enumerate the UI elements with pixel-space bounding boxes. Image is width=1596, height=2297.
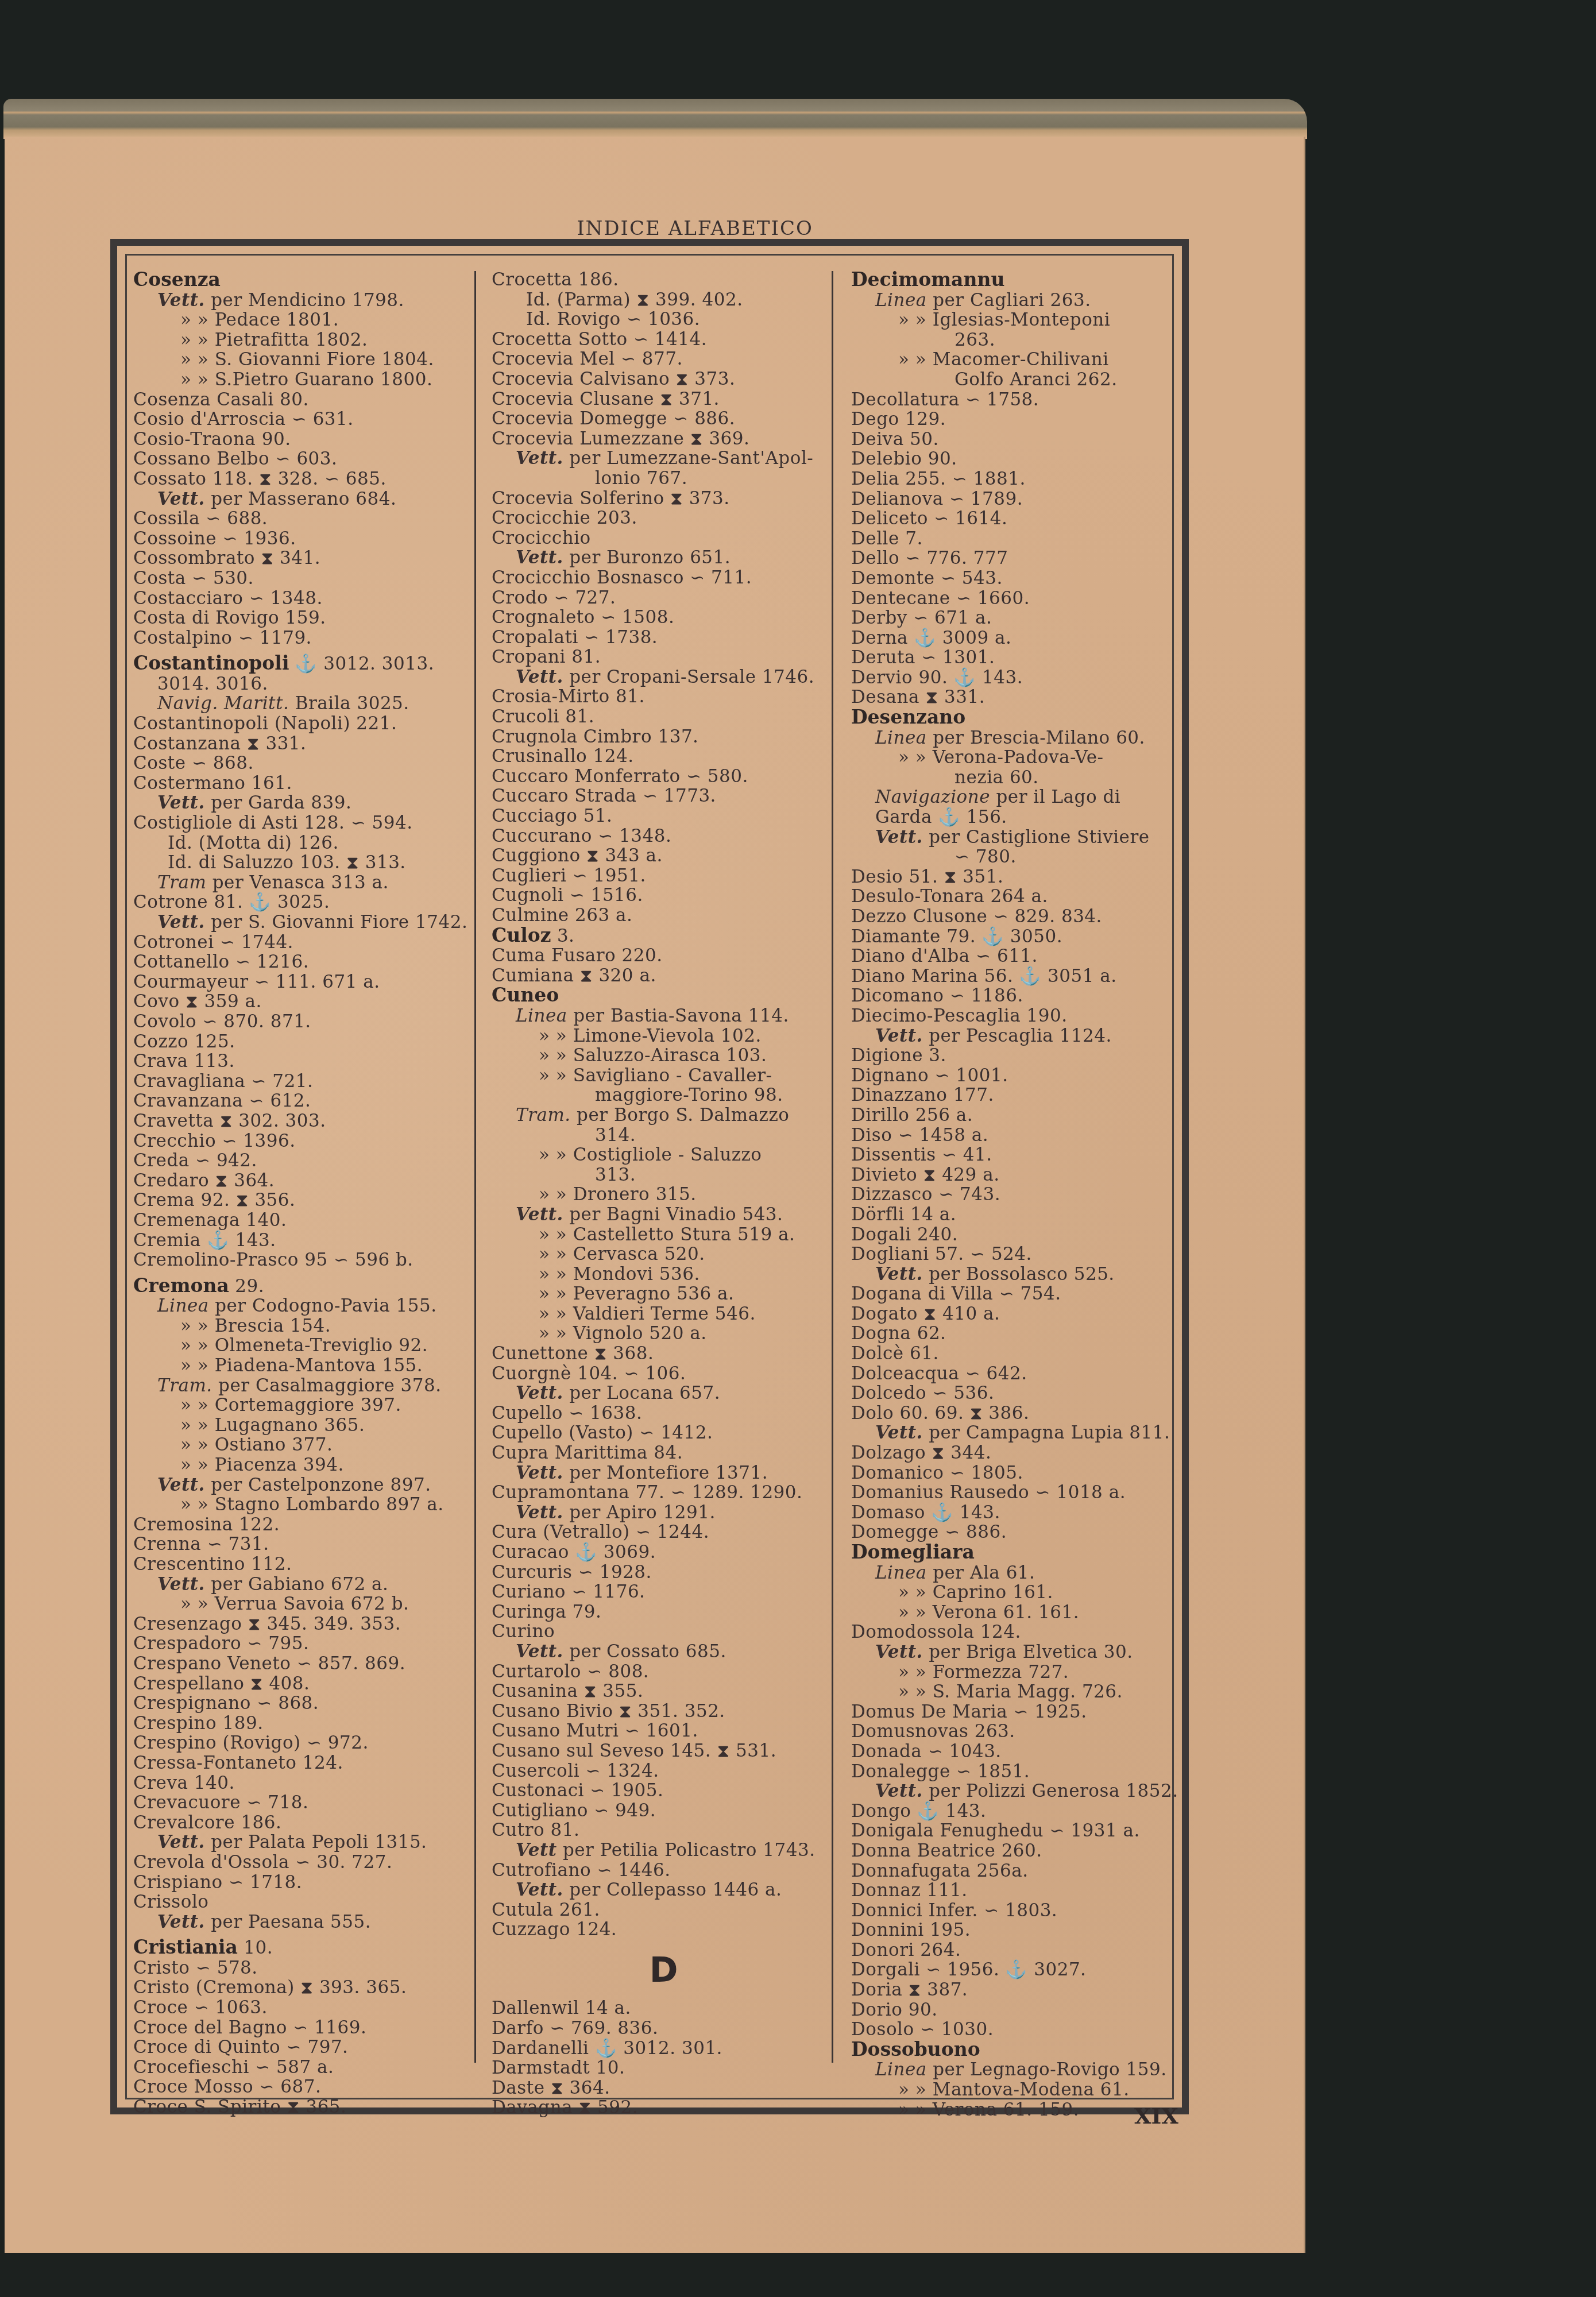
index-heading-entry: Culoz 3. — [492, 926, 836, 946]
index-subentry: 3014. 3016. — [133, 674, 478, 694]
subentry-text: per Palata Pepoli 1315. — [205, 1832, 427, 1853]
index-entry: Crespano Veneto ∽ 857. 869. — [133, 1654, 478, 1674]
index-entry: Donori 264. — [851, 1940, 1173, 1960]
index-subentry: » » Iglesias-Monteponi — [851, 310, 1173, 330]
index-entry: Domodossola 124. — [851, 1622, 1173, 1642]
index-entry: Cravetta ⧗ 302. 303. — [133, 1111, 478, 1131]
index-entry: Cremia ⚓ 143. — [133, 1231, 478, 1251]
index-entry: Curino — [492, 1622, 836, 1642]
index-subentry: Vett. per Montefiore 1371. — [492, 1463, 836, 1483]
index-subentry: » » Pietrafitta 1802. — [133, 330, 478, 350]
index-entry: Derna ⚓ 3009 a. — [851, 628, 1173, 648]
index-entry: Domusnovas 263. — [851, 1722, 1173, 1742]
index-subentry: Navig. Maritt. Braila 3025. — [133, 694, 478, 714]
index-entry: Dörfli 14 a. — [851, 1205, 1173, 1225]
index-subentry: Id. (Parma) ⧗ 399. 402. — [492, 290, 836, 310]
index-subentry: Tram per Venasca 313 a. — [133, 873, 478, 893]
index-subentry: » » S. Giovanni Fiore 1804. — [133, 350, 478, 370]
index-subentry: » » Lugagnano 365. — [133, 1416, 478, 1436]
index-subentry: Vett. per Garda 839. — [133, 793, 478, 813]
index-entry: Crocicchio Bosnasco ∽ 711. — [492, 568, 836, 588]
service-type-label: Linea — [875, 728, 927, 748]
index-subentry: Vett. per Bagni Vinadio 543. — [492, 1205, 836, 1225]
index-subentry: » » Brescia 154. — [133, 1316, 478, 1336]
index-entry: Daste ⧗ 364. — [492, 2078, 836, 2098]
index-entry: Cristo ∽ 578. — [133, 1958, 478, 1978]
index-entry: Cressa-Fontaneto 124. — [133, 1753, 478, 1773]
index-entry: Crocicchio — [492, 528, 836, 548]
index-subentry: » » Vignolo 520 a. — [492, 1324, 836, 1344]
subentry-text: per Cropani-Sersale 1746. — [563, 667, 814, 687]
index-entry: Dolo 60. 69. ⧗ 386. — [851, 1403, 1173, 1424]
index-subentry: Vett. per Castelponzone 897. — [133, 1475, 478, 1495]
index-entry: Crocefieschi ∽ 587 a. — [133, 2058, 478, 2078]
subentry-text: per Apiro 1291. — [563, 1502, 716, 1523]
index-entry: Cropani 81. — [492, 647, 836, 667]
index-entry: Diecimo-Pescaglia 190. — [851, 1006, 1173, 1026]
index-subentry: Vett. per Mendicino 1798. — [133, 291, 478, 311]
index-entry: Cuggiono ⧗ 343 a. — [492, 846, 836, 866]
index-entry: Donnici Infer. ∽ 1803. — [851, 1901, 1173, 1921]
index-entry: Dizzasco ∽ 743. — [851, 1185, 1173, 1205]
index-subentry: » » Verona 61. 161. — [851, 1603, 1173, 1623]
index-subentry: » » Costigliole - Saluzzo — [492, 1145, 836, 1165]
index-entry: Crocevia Solferino ⧗ 373. — [492, 489, 836, 509]
index-entry: Cupello (Vasto) ∽ 1412. — [492, 1423, 836, 1443]
heading-place-name: Decimomannu — [851, 268, 1004, 291]
index-entry: Delle 7. — [851, 529, 1173, 549]
service-type-label: Navig. Maritt. — [157, 693, 289, 714]
service-type-label: Vett. — [875, 1642, 923, 1662]
index-entry: Costermano 161. — [133, 774, 478, 794]
index-entry: Dorio 90. — [851, 2000, 1173, 2020]
index-entry: Curiano ∽ 1176. — [492, 1582, 836, 1602]
index-entry: Crugnola Cimbro 137. — [492, 727, 836, 747]
index-subentry: Navigazione per il Lago di — [851, 787, 1173, 807]
index-entry: Cupra Marittima 84. — [492, 1443, 836, 1463]
index-subentry: » » Formezza 727. — [851, 1662, 1173, 1683]
index-entry: Dogliani 57. ∽ 524. — [851, 1244, 1173, 1264]
index-subentry: Vett. per S. Giovanni Fiore 1742. — [133, 912, 478, 933]
heading-refs: 10. — [238, 1938, 273, 1958]
index-subentry: Linea per Legnago-Rovigo 159. — [851, 2060, 1173, 2080]
index-entry: Donigala Fenughedu ∽ 1931 a. — [851, 1821, 1173, 1841]
index-subentry: Vett. per Pescaglia 1124. — [851, 1026, 1173, 1046]
subentry-text: per Legnago-Rovigo 159. — [927, 2059, 1167, 2080]
index-entry: Cottanello ∽ 1216. — [133, 952, 478, 972]
index-entry: Donnini 195. — [851, 1920, 1173, 1940]
subentry-text: per il Lago di — [990, 787, 1120, 807]
index-entry: Dicomano ∽ 1186. — [851, 986, 1173, 1006]
index-subentry: Tram. per Borgo S. Dalmazzo — [492, 1105, 836, 1126]
index-entry: Cuorgnè 104. ∽ 106. — [492, 1364, 836, 1384]
index-entry: Dardanelli ⚓ 3012. 301. — [492, 2039, 836, 2059]
index-subentry: ∽ 780. — [851, 847, 1173, 867]
index-entry: Darmstadt 10. — [492, 2058, 836, 2078]
index-entry: Cusano Mutri ∽ 1601. — [492, 1721, 836, 1741]
index-entry: Croce di Quinto ∽ 797. — [133, 2037, 478, 2058]
index-subentry: » » Piadena-Mantova 155. — [133, 1356, 478, 1376]
subentry-text: per Bastia-Savona 114. — [567, 1006, 789, 1026]
service-type-label: Vett. — [157, 912, 205, 933]
heading-place-name: Cremona — [133, 1274, 229, 1297]
index-entry: Cravagliana ∽ 721. — [133, 1072, 478, 1092]
service-type-label: Vett. — [157, 1832, 205, 1853]
index-entry: Cupello ∽ 1638. — [492, 1403, 836, 1424]
service-type-label: Navigazione — [875, 787, 990, 807]
index-entry: Crescentino 112. — [133, 1554, 478, 1575]
index-entry: Crocevia Mel ∽ 877. — [492, 349, 836, 369]
index-entry: Cossano Belbo ∽ 603. — [133, 449, 478, 469]
subentry-text: per Montefiore 1371. — [563, 1463, 768, 1483]
index-subentry: Linea per Brescia-Milano 60. — [851, 728, 1173, 748]
index-heading-entry: Cristiania 10. — [133, 1938, 478, 1958]
index-entry: Dezzo Clusone ∽ 829. 834. — [851, 907, 1173, 927]
index-entry: Cresenzago ⧗ 345. 349. 353. — [133, 1614, 478, 1634]
index-entry: Cusano sul Seveso 145. ⧗ 531. — [492, 1741, 836, 1761]
index-entry: Croce del Bagno ∽ 1169. — [133, 2018, 478, 2038]
subentry-text: per Mendicino 1798. — [205, 290, 404, 311]
index-entry: Domanico ∽ 1805. — [851, 1463, 1173, 1483]
index-entry: Cossato 118. ⧗ 328. ∽ 685. — [133, 469, 478, 489]
index-entry: Dongo ⚓ 143. — [851, 1801, 1173, 1822]
index-subentry: Linea per Bastia-Savona 114. — [492, 1006, 836, 1026]
index-entry: Dorgali ∽ 1956. ⚓ 3027. — [851, 1960, 1173, 1980]
index-entry: Curacao ⚓ 3069. — [492, 1542, 836, 1563]
index-entry: Dervio 90. ⚓ 143. — [851, 668, 1173, 688]
heading-place-name: Costantinopoli — [133, 652, 289, 674]
index-entry: Costa di Rovigo 159. — [133, 608, 478, 628]
index-subentry: 313. — [492, 1165, 836, 1185]
index-entry: Cuccaro Strada ∽ 1773. — [492, 786, 836, 806]
index-subentry: » » Valdieri Terme 546. — [492, 1304, 836, 1324]
index-subentry: Vett per Petilia Policastro 1743. — [492, 1840, 836, 1861]
page-number: XIX — [1134, 2103, 1178, 2129]
subentry-text: per Codogno-Pavia 155. — [209, 1296, 437, 1316]
service-type-label: Vett. — [875, 1026, 923, 1046]
index-subentry: » » Macomer-Chilivani — [851, 350, 1173, 370]
service-type-label: Vett. — [157, 792, 205, 813]
index-subentry: » » S.Pietro Guarano 1800. — [133, 370, 478, 390]
index-entry: Dentecane ∽ 1660. — [851, 589, 1173, 609]
index-entry: Crocevia Calvisano ⧗ 373. — [492, 369, 836, 389]
index-entry: Costalpino ∽ 1179. — [133, 628, 478, 648]
index-entry: Davagna ⧗ 592. — [492, 2098, 836, 2118]
index-entry: Dolcedo ∽ 536. — [851, 1383, 1173, 1403]
index-entry: Desana ⧗ 331. — [851, 687, 1173, 707]
index-entry: Diamante 79. ⚓ 3050. — [851, 927, 1173, 947]
index-entry: Donnafugata 256a. — [851, 1861, 1173, 1881]
index-entry: Dinazzano 177. — [851, 1085, 1173, 1105]
index-entry: Crespignano ∽ 868. — [133, 1693, 478, 1714]
index-heading-entry: Dossobuono — [851, 2040, 1173, 2060]
index-entry: Demonte ∽ 543. — [851, 569, 1173, 589]
index-subentry: Garda ⚓ 156. — [851, 807, 1173, 827]
index-subentry: Vett. per Locana 657. — [492, 1383, 836, 1403]
index-entry: Crodo ∽ 727. — [492, 588, 836, 608]
index-entry: Covo ⧗ 359 a. — [133, 992, 478, 1012]
index-entry: Decollatura ∽ 1758. — [851, 390, 1173, 410]
index-subentry: » » Castelletto Stura 519 a. — [492, 1225, 836, 1245]
index-entry: Cosio d'Arroscia ∽ 631. — [133, 409, 478, 430]
index-entry: Costacciaro ∽ 1348. — [133, 589, 478, 609]
index-entry: Crava 113. — [133, 1051, 478, 1072]
service-type-label: Vett. — [516, 1383, 563, 1403]
index-entry: Desulo-Tonara 264 a. — [851, 887, 1173, 907]
index-heading-entry: Cremona 29. — [133, 1276, 478, 1297]
service-type-label: Vett. — [516, 448, 563, 469]
service-type-label: Vett. — [875, 1264, 923, 1285]
index-entry: Cosio-Traona 90. — [133, 430, 478, 450]
heading-place-name: Domegliara — [851, 1541, 975, 1563]
service-type-label: Linea — [875, 1563, 927, 1583]
index-column-1: CosenzaVett. per Mendicino 1798.» » Peda… — [133, 270, 478, 2117]
index-subentry: » » Limone-Vievola 102. — [492, 1026, 836, 1046]
service-type-label: Vett. — [516, 1641, 563, 1662]
index-entry: Crocevia Lumezzane ⧗ 369. — [492, 429, 836, 449]
index-subentry: » » Saluzzo-Airasca 103. — [492, 1046, 836, 1066]
index-entry: Crenna ∽ 731. — [133, 1534, 478, 1554]
index-subentry: » » Peveragno 536 a. — [492, 1284, 836, 1304]
index-entry: Cremosina 122. — [133, 1515, 478, 1535]
service-type-label: Vett. — [875, 1422, 923, 1443]
index-entry: Costigliole di Asti 128. ∽ 594. — [133, 813, 478, 833]
index-entry: Culmine 263 a. — [492, 906, 836, 926]
index-entry: Cristo (Cremona) ⧗ 393. 365. — [133, 1978, 478, 1998]
index-entry: Dogna 62. — [851, 1324, 1173, 1344]
index-entry: Dosolo ∽ 1030. — [851, 2020, 1173, 2040]
index-entry: Digione 3. — [851, 1046, 1173, 1066]
service-type-label: Linea — [157, 1296, 209, 1316]
subentry-text: per Bagni Vinadio 543. — [563, 1204, 783, 1225]
index-entry: Deliceto ∽ 1614. — [851, 509, 1173, 529]
index-subentry: Vett. per Gabiano 672 a. — [133, 1575, 478, 1595]
index-entry: Domegge ∽ 886. — [851, 1522, 1173, 1542]
subentry-text: per Pescaglia 1124. — [923, 1026, 1112, 1046]
index-subentry: Vett. per Bossolasco 525. — [851, 1264, 1173, 1285]
index-entry: Crevalcore 186. — [133, 1813, 478, 1833]
index-subentry: Vett. per Palata Pepoli 1315. — [133, 1832, 478, 1853]
index-entry: Cuccurano ∽ 1348. — [492, 826, 836, 846]
index-entry: Cura (Vetrallo) ∽ 1244. — [492, 1522, 836, 1542]
index-subentry: Vett. per Cossato 685. — [492, 1642, 836, 1662]
index-entry: Curtarolo ∽ 808. — [492, 1662, 836, 1682]
index-entry: Dignano ∽ 1001. — [851, 1066, 1173, 1086]
index-entry: Costantinopoli (Napoli) 221. — [133, 714, 478, 734]
subentry-text: per Lumezzane-Sant'Apol- — [563, 448, 813, 469]
subentry-text: per Masserano 684. — [205, 489, 396, 509]
subentry-text: per Borgo S. Dalmazzo — [571, 1105, 790, 1126]
subentry-text: per S. Giovanni Fiore 1742. — [205, 912, 467, 933]
index-entry: Deiva 50. — [851, 430, 1173, 450]
index-entry: Cutrofiano ∽ 1446. — [492, 1861, 836, 1881]
service-type-label: Vett. — [516, 1502, 563, 1523]
service-type-label: Vett. — [516, 547, 563, 568]
subentry-text: Braila 3025. — [289, 693, 409, 714]
index-subentry: » » Savigliano - Caval​ler- — [492, 1066, 836, 1086]
index-subentry: Id. di Saluzzo 103. ⧗ 313. — [133, 853, 478, 873]
index-entry: Crocetta Sotto ∽ 1414. — [492, 330, 836, 350]
index-entry: Dogali 240. — [851, 1225, 1173, 1245]
index-entry: Divieto ⧗ 429 a. — [851, 1165, 1173, 1185]
index-entry: Cuccaro Monferrato ∽ 580. — [492, 767, 836, 787]
index-entry: Donna Beatrice 260. — [851, 1841, 1173, 1861]
heading-refs: ⚓ 3012. 3013. — [289, 653, 434, 674]
heading-refs: 3. — [551, 926, 575, 946]
index-subentry: » » Ostiano 377. — [133, 1435, 478, 1455]
subentry-text: per Bossolasco 525. — [923, 1264, 1115, 1285]
subentry-text: per Collepasso 1446 a. — [563, 1880, 782, 1900]
index-subentry: » » Verrua Savoia 672 b. — [133, 1594, 478, 1614]
service-type-label: Linea — [875, 290, 927, 311]
index-entry: Crispiano ∽ 1718. — [133, 1873, 478, 1893]
index-entry: Domaso ⚓ 143. — [851, 1503, 1173, 1523]
index-entry: Crevacuore ∽ 718. — [133, 1793, 478, 1813]
subentry-text: per Paesana 555. — [205, 1912, 371, 1932]
index-entry: Donalegge ∽ 1851. — [851, 1762, 1173, 1782]
index-subentry: Id. Rovigo ∽ 1036. — [492, 310, 836, 330]
index-subentry: » » Caprino 161. — [851, 1583, 1173, 1603]
index-subentry: » » Cervasca 520. — [492, 1244, 836, 1264]
index-subentry: Linea per Cagliari 263. — [851, 291, 1173, 311]
index-entry: Costanzana ⧗ 331. — [133, 734, 478, 754]
index-entry: Cusanina ⧗ 355. — [492, 1681, 836, 1702]
index-subentry: » » Verona-Padova-Ve- — [851, 748, 1173, 768]
index-entry: Cremenaga 140. — [133, 1211, 478, 1231]
subentry-text: per Briga Elvetica 30. — [923, 1642, 1133, 1662]
heading-place-name: Cristiania — [133, 1936, 238, 1958]
index-entry: Crevola d'Ossola ∽ 30. 727. — [133, 1853, 478, 1873]
index-entry: Crespadoro ∽ 795. — [133, 1634, 478, 1654]
index-entry: Cosenza Casali 80. — [133, 390, 478, 410]
index-entry: Crusinallo 124. — [492, 747, 836, 767]
index-entry: Costa ∽ 530. — [133, 569, 478, 589]
index-entry: Cossoine ∽ 1936. — [133, 529, 478, 549]
subentry-text: per Ala 61. — [927, 1563, 1035, 1583]
index-column-3: DecimomannuLinea per Cagliari 263.» » Ig… — [851, 270, 1173, 2120]
index-entry: Darfo ∽ 769. 836. — [492, 2018, 836, 2039]
index-entry: Crocicchie 203. — [492, 508, 836, 528]
service-type-label: Tram. — [516, 1105, 571, 1126]
index-subentry: Vett. per Apiro 1291. — [492, 1503, 836, 1523]
index-entry: Crespellano ⧗ 408. — [133, 1674, 478, 1694]
index-entry: Cropalati ∽ 1738. — [492, 628, 836, 648]
index-entry: Crespino 189. — [133, 1714, 478, 1734]
index-entry: Croce Mosso ∽ 687. — [133, 2077, 478, 2097]
subentry-text: per Gabiano 672 a. — [205, 1574, 389, 1595]
index-subentry: Vett. per Campagna Lupia 811. — [851, 1423, 1173, 1443]
index-subentry: Golfo Aranci 262. — [851, 370, 1173, 390]
index-entry: Dirillo 256 a. — [851, 1105, 1173, 1126]
service-type-label: Vett. — [157, 290, 205, 311]
index-entry: Cupramontana 77. ∽ 1289. 1290. — [492, 1483, 836, 1503]
subentry-text: per Cagliari 263. — [927, 290, 1091, 311]
service-type-label: Vett. — [157, 1475, 205, 1495]
index-heading-entry: Costantinopoli ⚓ 3012. 3013. — [133, 653, 478, 674]
index-subentry: » » S. Maria Magg. 726. — [851, 1682, 1173, 1702]
index-entry: Dego 129. — [851, 409, 1173, 430]
running-head: INDICE ALFABETICO — [540, 217, 850, 240]
index-entry: Delianova ∽ 1789. — [851, 489, 1173, 509]
index-entry: Desio 51. ⧗ 351. — [851, 867, 1173, 887]
index-entry: Croce ∽ 1063. — [133, 1998, 478, 2018]
index-entry: Crecchio ∽ 1396. — [133, 1131, 478, 1151]
index-entry: Diso ∽ 1458 a. — [851, 1126, 1173, 1146]
heading-place-name: Cosenza — [133, 268, 221, 291]
index-entry: Curcuris ∽ 1928. — [492, 1563, 836, 1583]
subentry-text: per Venasca 313 a. — [206, 872, 389, 893]
index-entry: Dolceacqua ∽ 642. — [851, 1364, 1173, 1384]
index-entry: Cusercoli ∽ 1324. — [492, 1761, 836, 1781]
index-entry: Crocevia Clusane ⧗ 371. — [492, 389, 836, 409]
subentry-text: per Garda 839. — [205, 792, 352, 813]
service-type-label: Linea — [875, 2059, 927, 2080]
index-subentry: » » Mantova-Modena 61. — [851, 2080, 1173, 2100]
index-entry: Cossombrato ⧗ 341. — [133, 548, 478, 569]
index-subentry: Vett. per Briga Elvetica 30. — [851, 1642, 1173, 1662]
index-entry: Covolo ∽ 870. 871. — [133, 1012, 478, 1032]
index-entry: Cugnoli ∽ 1516. — [492, 885, 836, 906]
index-subentry: 263. — [851, 330, 1173, 350]
index-entry: Dolcè 61. — [851, 1344, 1173, 1364]
index-subentry: Vett. per Cropani-Sersale 1746. — [492, 667, 836, 687]
index-column-2: Crocetta 186.Id. (Parma) ⧗ 399. 402.Id. … — [492, 270, 836, 2118]
index-entry: Credaro ⧗ 364. — [133, 1171, 478, 1191]
index-subentry: Vett. per Paesana 555. — [133, 1912, 478, 1932]
index-subentry: Vett. per Polizzi Generosa 1852. — [851, 1781, 1173, 1801]
index-entry: Delia 255. ∽ 1881. — [851, 469, 1173, 489]
index-entry: Cuglieri ∽ 1951. — [492, 866, 836, 886]
index-entry: Courmayeur ∽ 111. 671 a. — [133, 972, 478, 992]
index-subentry: Vett. per Buronzo 651. — [492, 548, 836, 568]
index-entry: Domus De Maria ∽ 1925. — [851, 1702, 1173, 1722]
index-subentry: » » Verona 61. 159. — [851, 2100, 1173, 2120]
index-entry: Donnaz 111. — [851, 1881, 1173, 1901]
index-entry: Crocevia Domegge ∽ 886. — [492, 409, 836, 429]
service-type-label: Tram — [157, 872, 206, 893]
index-entry: Croce S. Spirito ⧗ 365. — [133, 2097, 478, 2117]
service-type-label: Vett. — [516, 1204, 563, 1225]
index-entry: Cutigliano ∽ 949. — [492, 1801, 836, 1821]
index-entry: Deruta ∽ 1301. — [851, 648, 1173, 668]
service-type-label: Vett. — [875, 1781, 923, 1801]
heading-place-name: Culoz — [492, 924, 551, 946]
index-entry: Dogato ⧗ 410 a. — [851, 1304, 1173, 1324]
index-entry: Crucoli 81. — [492, 707, 836, 727]
index-entry: Cotrone 81. ⚓ 3025. — [133, 892, 478, 912]
heading-place-name: Cuneo — [492, 984, 559, 1006]
index-subentry: » » Dronero 315. — [492, 1185, 836, 1205]
subentry-text: per Castiglione Stiviere — [923, 827, 1150, 848]
index-entry: Cuma Fusaro 220. — [492, 946, 836, 966]
section-letter: D — [492, 1960, 836, 1981]
subentry-text: per Castelponzone 897. — [205, 1475, 431, 1495]
index-subentry: Vett. per Castiglione Stiviere — [851, 827, 1173, 848]
index-entry: Dissentis ∽ 41. — [851, 1145, 1173, 1165]
index-entry: Crema 92. ⧗ 356. — [133, 1190, 478, 1211]
heading-place-name: Dossobuono — [851, 2038, 980, 2060]
index-subentry: 314. — [492, 1126, 836, 1146]
index-subentry: Linea per Ala 61. — [851, 1563, 1173, 1583]
index-entry: Diano d'Alba ∽ 611. — [851, 946, 1173, 966]
subentry-text: per Campagna Lupia 811. — [923, 1422, 1170, 1443]
index-subentry: Vett. per Masserano 684. — [133, 489, 478, 509]
index-entry: Cozzo 125. — [133, 1032, 478, 1052]
subentry-text: per Brescia-Milano 60. — [927, 728, 1145, 748]
index-subentry: » » Cortemaggiore 397. — [133, 1395, 478, 1416]
index-entry: Cremolino-Prasco 95 ∽ 596 b. — [133, 1250, 478, 1270]
index-entry: Cucciago 51. — [492, 806, 836, 826]
